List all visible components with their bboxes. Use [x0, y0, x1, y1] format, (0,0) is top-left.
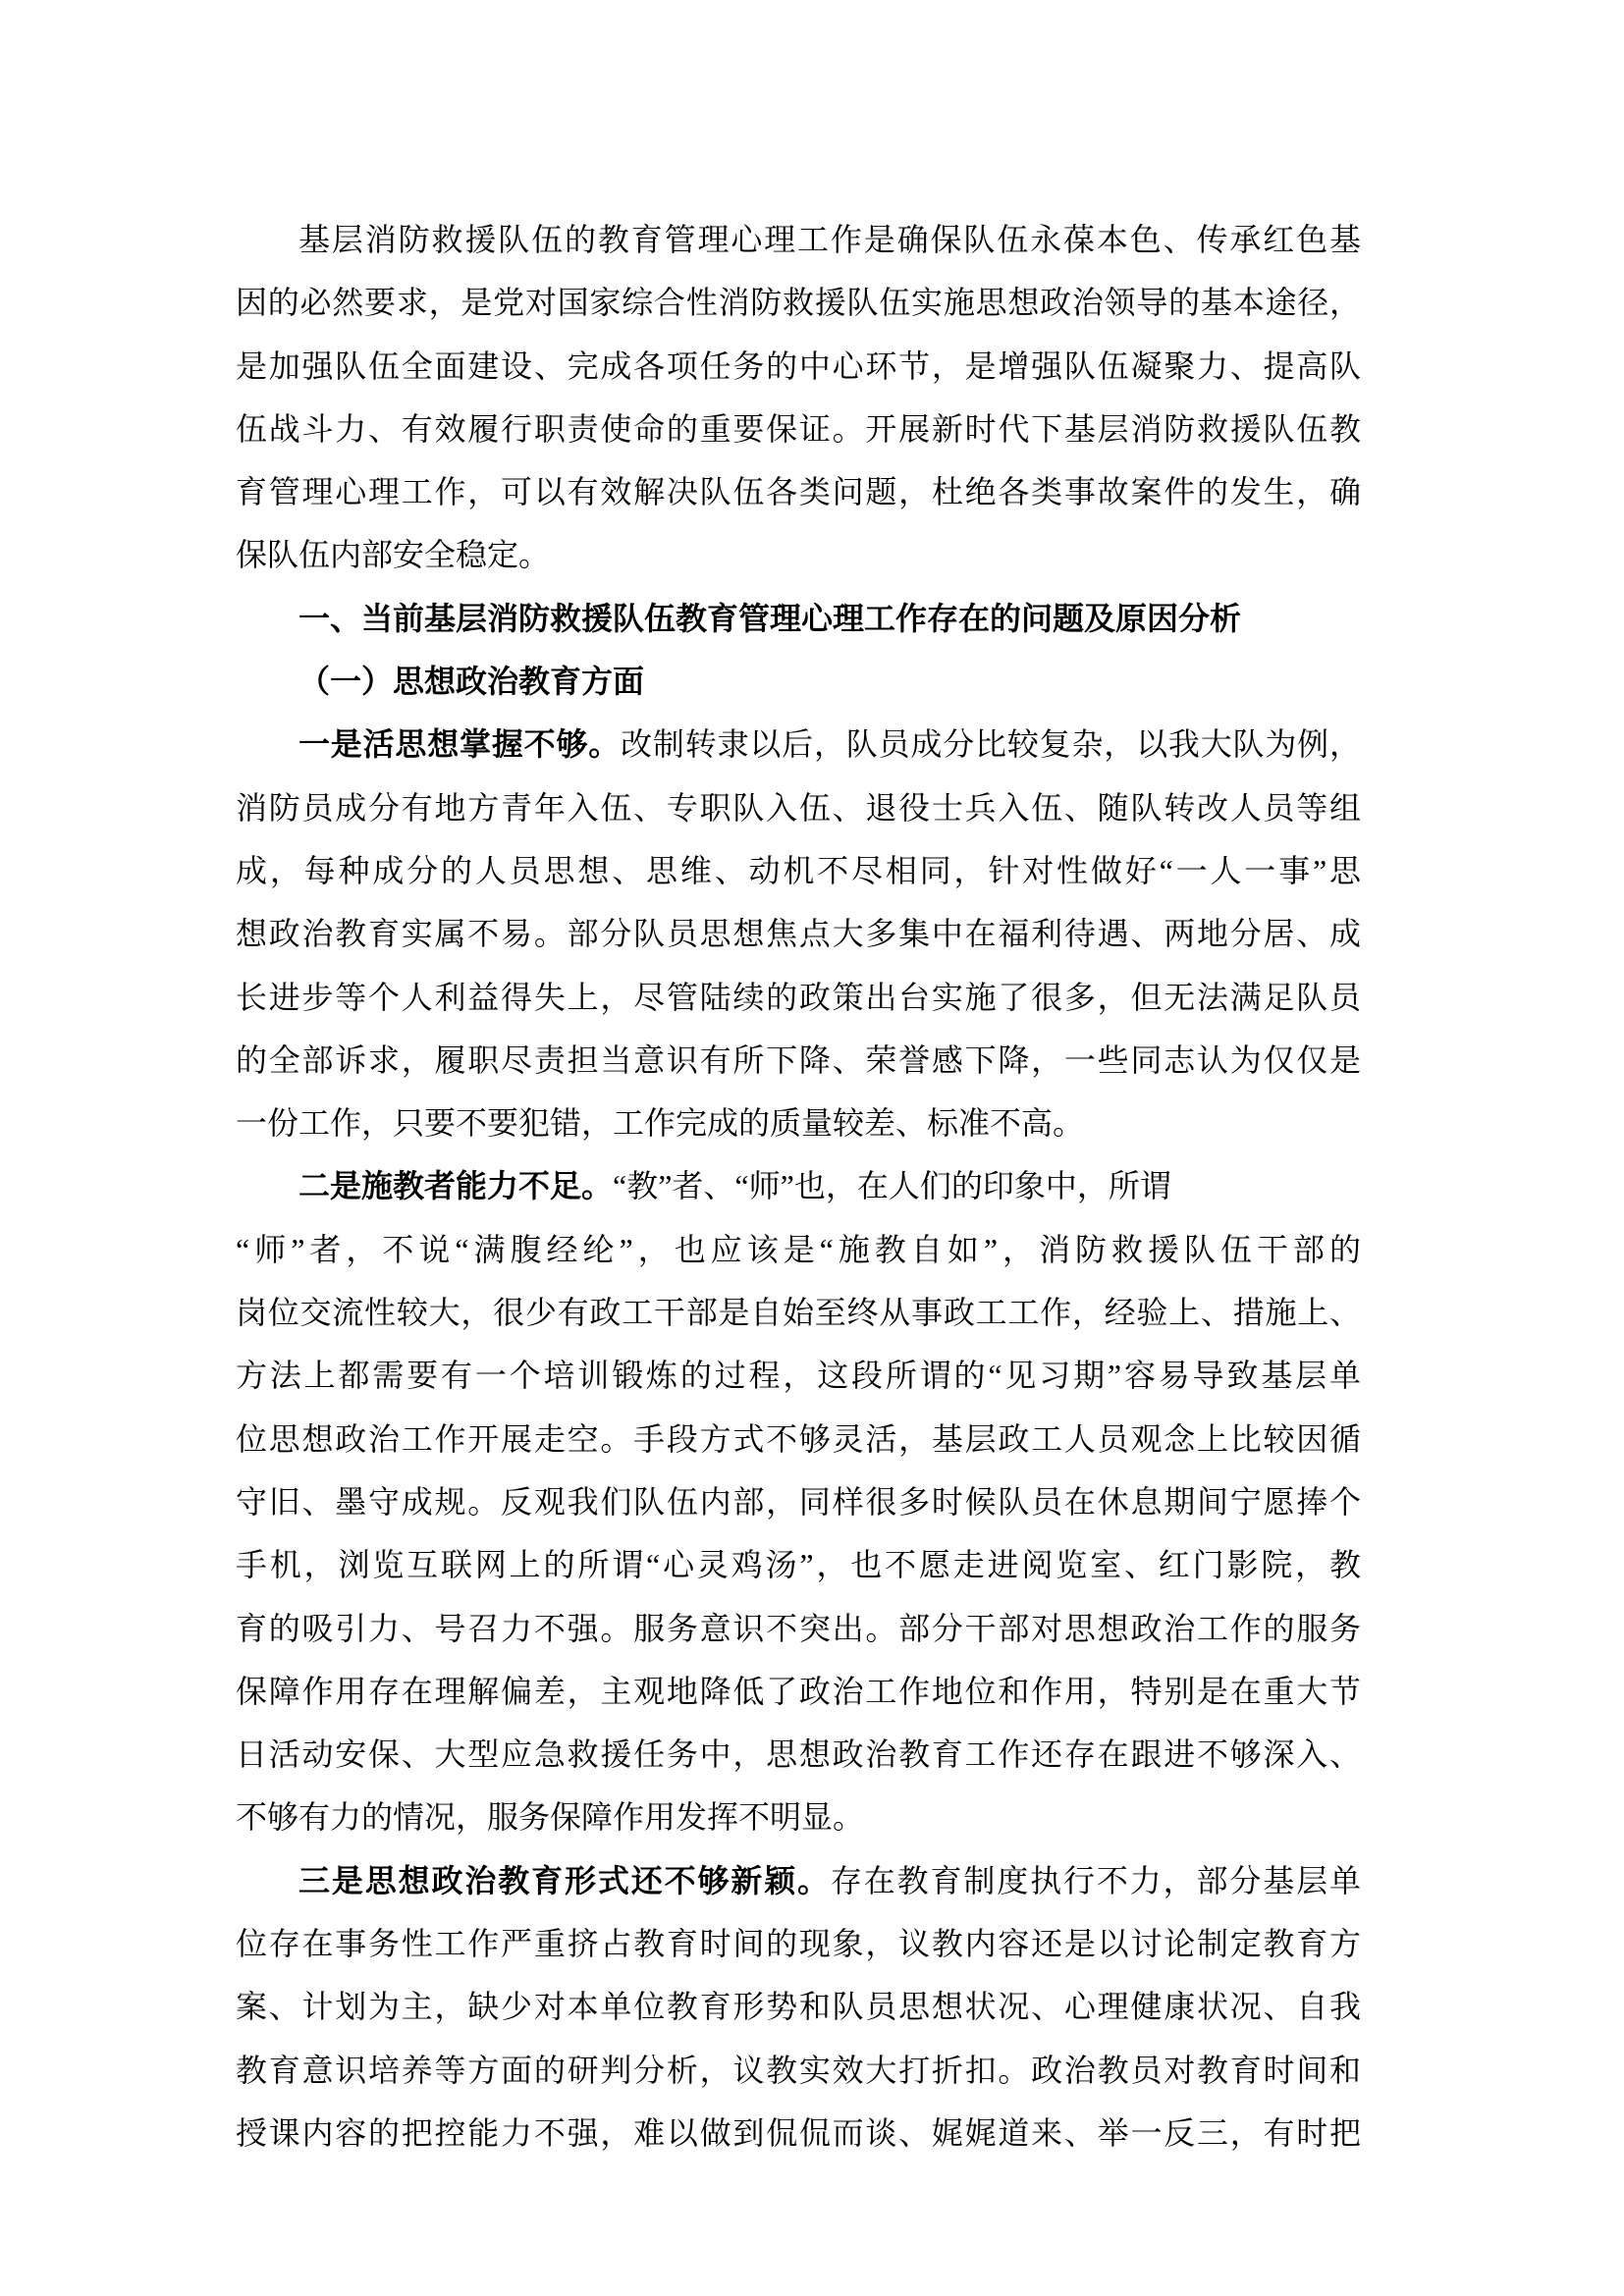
text-line: 二是施教者能力不足。“教”者、“师”也，在人们的印象中，所谓 — [236, 1154, 1361, 1217]
text-line: 消防员成分有地方青年入伍、专职队入伍、退役士兵入伍、随队转改人员等组 — [236, 776, 1361, 839]
text-run: 位存在事务性工作严重挤占教育时间的现象，议教内容还是以讨论制定教育方 — [236, 1926, 1361, 1961]
text-line: 一是活思想掌握不够。改制转隶以后，队员成分比较复杂，以我大队为例， — [236, 713, 1361, 775]
text-run: 基层消防救援队伍的教育管理心理工作是确保队伍永葆本色、传承红色基 — [298, 222, 1361, 257]
text-run: 岗位交流性较大，很少有政工干部是自始至终从事政工工作，经验上、措施上、 — [236, 1295, 1361, 1330]
text-run: 想政治教育实属不易。部分队员思想焦点大多集中在福利待遇、两地分居、成 — [236, 916, 1361, 951]
text-line: 岗位交流性较大，很少有政工干部是自始至终从事政工工作，经验上、措施上、 — [236, 1281, 1361, 1344]
text-line: 日活动安保、大型应急救援任务中，思想政治教育工作还存在跟进不够深入、 — [236, 1723, 1361, 1786]
text-line: 基层消防救援队伍的教育管理心理工作是确保队伍永葆本色、传承红色基 — [236, 208, 1361, 271]
text-line: 保障作用存在理解偏差，主观地降低了政治工作地位和作用，特别是在重大节 — [236, 1660, 1361, 1723]
text-line: 育管理心理工作，可以有效解决队伍各类问题，杜绝各类事故案件的发生，确 — [236, 460, 1361, 523]
text-run: 改制转隶以后，队员成分比较复杂，以我大队为例， — [621, 726, 1361, 762]
text-run: 手机，浏览互联网上的所谓“心灵鸡汤”，也不愿走进阅览室、红门影院，教 — [236, 1547, 1361, 1582]
text-line: 授课内容的把控能力不强，难以做到侃侃而谈、娓娓道来、举一反三，有时把 — [236, 2102, 1361, 2164]
text-line: 位思想政治工作开展走空。手段方式不够灵活，基层政工人员观念上比较因循 — [236, 1408, 1361, 1470]
bold-run: 三是思想政治教育形式还不够新颖。 — [298, 1863, 831, 1898]
text-run: 一份工作，只要不要犯错，工作完成的质量较差、标准不高。 — [236, 1105, 1084, 1141]
text-run: 存在教育制度执行不力，部分基层单 — [831, 1863, 1361, 1898]
bold-run: 一是活思想掌握不够。 — [298, 726, 621, 762]
heading-line: （一）思想政治教育方面 — [236, 650, 1361, 713]
text-run: “师”者，不说“满腹经纶”，也应该是“施教自如”，消防救援队伍干部的 — [236, 1232, 1361, 1267]
text-line: 三是思想政治教育形式还不够新颖。存在教育制度执行不力，部分基层单 — [236, 1849, 1361, 1912]
text-run: 成，每种成分的人员思想、思维、动机不尽相同，针对性做好“一人一事”思 — [236, 853, 1361, 888]
text-run: 伍战斗力、有效履行职责使命的重要保证。开展新时代下基层消防救援队伍教 — [236, 411, 1361, 447]
text-line: 伍战斗力、有效履行职责使命的重要保证。开展新时代下基层消防救援队伍教 — [236, 398, 1361, 460]
text-line: 育的吸引力、号召力不强。服务意识不突出。部分干部对思想政治工作的服务 — [236, 1597, 1361, 1660]
text-line: 一份工作，只要不要犯错，工作完成的质量较差、标准不高。 — [236, 1092, 1361, 1154]
text-run: 不够有力的情况，服务保障作用发挥不明显。 — [236, 1799, 864, 1835]
text-run: 保队伍内部安全稳定。 — [236, 537, 550, 572]
text-line: 长进步等个人利益得失上，尽管陆续的政策出台实施了很多，但无法满足队员 — [236, 966, 1361, 1029]
text-line: 手机，浏览互联网上的所谓“心灵鸡汤”，也不愿走进阅览室、红门影院，教 — [236, 1533, 1361, 1596]
text-run: 保障作用存在理解偏差，主观地降低了政治工作地位和作用，特别是在重大节 — [236, 1674, 1361, 1709]
document-content: 基层消防救援队伍的教育管理心理工作是确保队伍永葆本色、传承红色基因的必然要求，是… — [236, 208, 1361, 2164]
bold-run: （一）思想政治教育方面 — [298, 664, 644, 699]
text-line: 方法上都需要有一个培训锻炼的过程，这段所谓的“见习期”容易导致基层单 — [236, 1344, 1361, 1407]
text-run: “教”者、“师”也，在人们的印象中，所谓 — [613, 1168, 1171, 1203]
heading-line: 一、当前基层消防救援队伍教育管理心理工作存在的问题及原因分析 — [236, 587, 1361, 650]
bold-run: 一、当前基层消防救援队伍教育管理心理工作存在的问题及原因分析 — [298, 601, 1241, 636]
text-run: 长进步等个人利益得失上，尽管陆续的政策出台实施了很多，但无法满足队员 — [236, 980, 1361, 1015]
text-line: 想政治教育实属不易。部分队员思想焦点大多集中在福利待遇、两地分居、成 — [236, 902, 1361, 965]
text-run: 案、计划为主，缺少对本单位教育形势和队员思想状况、心理健康状况、自我 — [236, 1989, 1361, 2024]
text-line: “师”者，不说“满腹经纶”，也应该是“施教自如”，消防救援队伍干部的 — [236, 1218, 1361, 1281]
text-run: 授课内容的把控能力不强，难以做到侃侃而谈、娓娓道来、举一反三，有时把 — [236, 2115, 1361, 2151]
text-run: 方法上都需要有一个培训锻炼的过程，这段所谓的“见习期”容易导致基层单 — [236, 1358, 1361, 1393]
text-run: 的全部诉求，履职尽责担当意识有所下降、荣誉感下降，一些同志认为仅仅是 — [236, 1042, 1361, 1078]
text-line: 因的必然要求，是党对国家综合性消防救援队伍实施思想政治领导的基本途径， — [236, 271, 1361, 334]
text-run: 教育意识培养等方面的研判分析，议教实效大打折扣。政治教员对教育时间和 — [236, 2053, 1361, 2088]
text-line: 是加强队伍全面建设、完成各项任务的中心环节，是增强队伍凝聚力、提高队 — [236, 335, 1361, 398]
text-run: 位思想政治工作开展走空。手段方式不够灵活，基层政工人员观念上比较因循 — [236, 1421, 1361, 1457]
bold-run: 二是施教者能力不足。 — [298, 1168, 613, 1203]
text-line: 守旧、墨守成规。反观我们队伍内部，同样很多时候队员在休息期间宁愿捧个 — [236, 1470, 1361, 1533]
document-page: 基层消防救援队伍的教育管理心理工作是确保队伍永葆本色、传承红色基因的必然要求，是… — [0, 0, 1624, 2296]
text-run: 育的吸引力、号召力不强。服务意识不突出。部分干部对思想政治工作的服务 — [236, 1611, 1361, 1646]
text-line: 案、计划为主，缺少对本单位教育形势和队员思想状况、心理健康状况、自我 — [236, 1975, 1361, 2038]
text-run: 因的必然要求，是党对国家综合性消防救援队伍实施思想政治领导的基本途径， — [236, 285, 1361, 320]
text-run: 日活动安保、大型应急救援任务中，思想政治教育工作还存在跟进不够深入、 — [236, 1736, 1361, 1772]
text-run: 守旧、墨守成规。反观我们队伍内部，同样很多时候队员在休息期间宁愿捧个 — [236, 1484, 1361, 1520]
text-run: 育管理心理工作，可以有效解决队伍各类问题，杜绝各类事故案件的发生，确 — [236, 474, 1361, 509]
text-line: 教育意识培养等方面的研判分析，议教实效大打折扣。政治教员对教育时间和 — [236, 2039, 1361, 2102]
text-line: 的全部诉求，履职尽责担当意识有所下降、荣誉感下降，一些同志认为仅仅是 — [236, 1029, 1361, 1092]
text-line: 成，每种成分的人员思想、思维、动机不尽相同，针对性做好“一人一事”思 — [236, 839, 1361, 902]
text-run: 是加强队伍全面建设、完成各项任务的中心环节，是增强队伍凝聚力、提高队 — [236, 348, 1361, 384]
text-line: 保队伍内部安全稳定。 — [236, 523, 1361, 586]
text-run: 消防员成分有地方青年入伍、专职队入伍、退役士兵入伍、随队转改人员等组 — [236, 790, 1361, 826]
text-line: 位存在事务性工作严重挤占教育时间的现象，议教内容还是以讨论制定教育方 — [236, 1912, 1361, 1975]
text-line: 不够有力的情况，服务保障作用发挥不明显。 — [236, 1786, 1361, 1848]
